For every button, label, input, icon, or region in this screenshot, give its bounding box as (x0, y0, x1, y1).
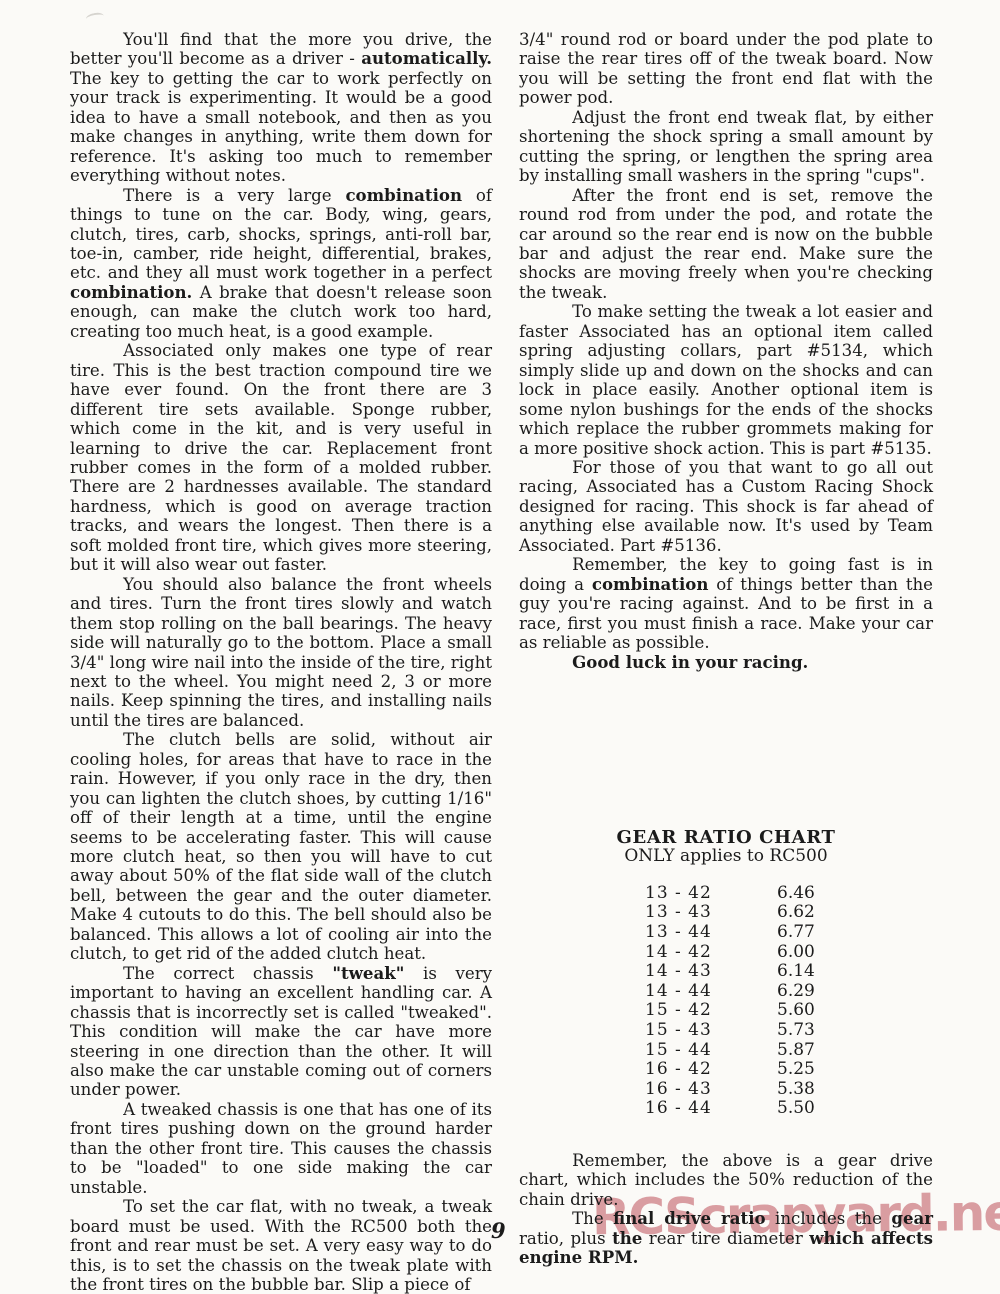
page-number: 9 (491, 1218, 506, 1243)
paragraph: For those of you that want to go all out… (519, 458, 933, 555)
gear-ratio-row: 14 - 426.00 (645, 943, 933, 963)
gear-ratio-row: 14 - 446.29 (645, 982, 933, 1002)
right-column-bottom-text: Remember, the above is a gear drive char… (519, 1151, 933, 1268)
gear-ratio-row: 15 - 425.60 (645, 1001, 933, 1021)
paragraph: After the front end is set, remove the r… (519, 186, 933, 303)
paragraph: A tweaked chassis is one that has one of… (70, 1100, 492, 1197)
gear-ratio-row: 14 - 436.14 (645, 962, 933, 982)
paragraph: Remember, the key to going fast is in do… (519, 555, 933, 652)
gear-ratio-row: 16 - 425.25 (645, 1060, 933, 1080)
gear-chart-subtitle: ONLY applies to RC500 (519, 847, 933, 866)
paragraph: There is a very large combination of thi… (70, 186, 492, 342)
paragraph: You'll find that the more you drive, the… (70, 30, 492, 186)
paragraph: The correct chassis "tweak" is very impo… (70, 964, 492, 1100)
gear-chart-title: GEAR RATIO CHART (519, 828, 933, 847)
paragraph: Associated only makes one type of rear t… (70, 341, 492, 574)
paragraph: To set the car flat, with no tweak, a tw… (70, 1197, 492, 1294)
gear-ratio-row: 13 - 426.46 (645, 884, 933, 904)
manual-page: RCScrapyard.net You'll find that the mor… (0, 0, 1000, 1294)
gear-ratio-row: 13 - 446.77 (645, 923, 933, 943)
gear-ratio-row: 16 - 435.38 (645, 1080, 933, 1100)
left-text-column: You'll find that the more you drive, the… (70, 30, 492, 1294)
paragraph: The final drive ratio includes the gear … (519, 1209, 933, 1267)
paragraph: The clutch bells are solid, without air … (70, 730, 492, 963)
paragraph: To make setting the tweak a lot easier a… (519, 302, 933, 458)
right-column-text: 3/4" round rod or board under the pod pl… (519, 30, 933, 672)
paragraph: 3/4" round rod or board under the pod pl… (519, 30, 933, 108)
gear-ratio-table: 13 - 426.4613 - 436.6213 - 446.7714 - 42… (645, 884, 933, 1119)
scan-smudge (85, 12, 104, 24)
paragraph: Adjust the front end tweak flat, by eith… (519, 108, 933, 186)
paragraph: You should also balance the front wheels… (70, 575, 492, 731)
paragraph: Remember, the above is a gear drive char… (519, 1151, 933, 1209)
gear-ratio-chart: GEAR RATIO CHART ONLY applies to RC500 1… (519, 828, 933, 1119)
gear-ratio-row: 13 - 436.62 (645, 903, 933, 923)
right-text-column: 3/4" round rod or board under the pod pl… (519, 30, 933, 1268)
gear-ratio-row: 15 - 435.73 (645, 1021, 933, 1041)
gear-ratio-row: 16 - 445.50 (645, 1099, 933, 1119)
paragraph: Good luck in your racing. (519, 653, 933, 672)
gear-ratio-row: 15 - 445.87 (645, 1041, 933, 1061)
